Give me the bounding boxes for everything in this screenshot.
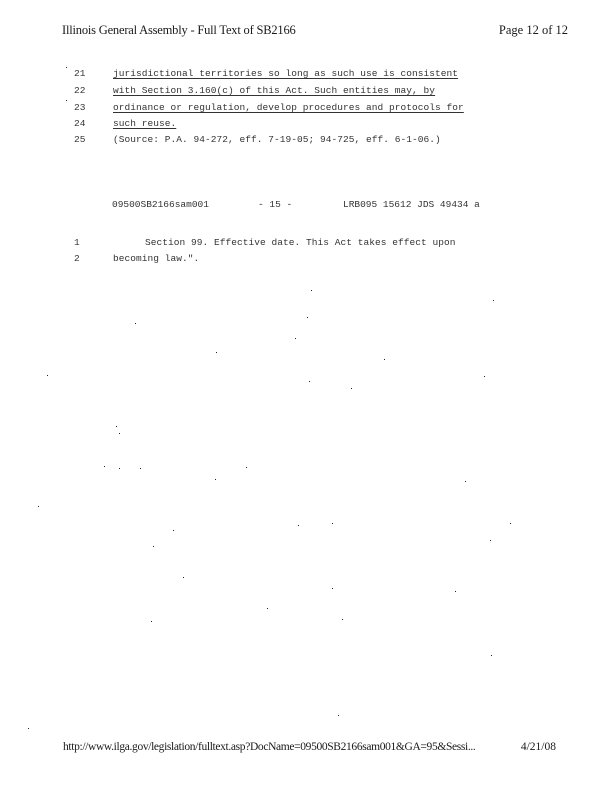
bill-line: 25 (Source: P.A. 94-272, eff. 7-19-05; 9… xyxy=(0,134,606,148)
document-id: 09500SB2166sam001 xyxy=(112,199,209,210)
scan-speck xyxy=(183,577,184,578)
scan-speck xyxy=(384,359,385,360)
bill-line: 2 becoming law.". xyxy=(0,253,606,267)
scan-speck xyxy=(215,479,216,480)
scan-speck xyxy=(465,481,466,482)
scan-speck xyxy=(307,317,308,318)
scan-speck xyxy=(246,467,247,468)
scan-speck xyxy=(455,591,456,592)
line-text: becoming law.". xyxy=(113,253,199,264)
scan-speck xyxy=(66,67,67,68)
line-text: such reuse. xyxy=(113,118,176,129)
scan-speck xyxy=(119,433,120,434)
line-text: ordinance or regulation, develop procedu… xyxy=(113,102,464,113)
line-text: jurisdictional territories so long as su… xyxy=(113,68,458,79)
scan-speck xyxy=(28,728,29,729)
print-date: 4/21/08 xyxy=(521,741,556,753)
bill-line: 23 ordinance or regulation, develop proc… xyxy=(0,102,606,116)
page-header: Illinois General Assembly - Full Text of… xyxy=(62,23,568,41)
scan-speck xyxy=(135,323,136,324)
scan-speck xyxy=(151,621,152,622)
scan-speck xyxy=(493,300,494,301)
source-citation: (Source: P.A. 94-272, eff. 7-19-05; 94-7… xyxy=(113,134,441,145)
bill-line: 1 Section 99. Effective date. This Act t… xyxy=(0,237,606,251)
scan-speck xyxy=(338,715,339,716)
page-indicator: Page 12 of 12 xyxy=(499,23,568,38)
lrb-reference: LRB095 15612 JDS 49434 a xyxy=(343,199,480,210)
scan-speck xyxy=(491,655,492,656)
scan-speck xyxy=(119,468,120,469)
scan-speck xyxy=(216,352,217,353)
scan-speck xyxy=(332,588,333,589)
scan-speck xyxy=(47,375,48,376)
line-number: 21 xyxy=(74,68,96,79)
scan-speck xyxy=(173,530,174,531)
scan-speck xyxy=(104,466,105,467)
bill-line: 22 with Section 3.160(c) of this Act. Su… xyxy=(0,85,606,99)
line-number: 25 xyxy=(74,134,96,145)
scan-speck xyxy=(153,546,154,547)
scan-speck xyxy=(311,290,312,291)
line-text: with Section 3.160(c) of this Act. Such … xyxy=(113,85,435,96)
line-number: 24 xyxy=(74,118,96,129)
scan-speck xyxy=(490,540,491,541)
scan-speck xyxy=(332,523,333,524)
page-number-marker: - 15 - xyxy=(258,199,292,210)
scan-speck xyxy=(298,525,299,526)
line-number: 23 xyxy=(74,102,96,113)
scan-speck xyxy=(484,376,485,377)
page-footer: http://www.ilga.gov/legislation/fulltext… xyxy=(63,741,556,757)
scan-speck xyxy=(510,523,511,524)
scan-speck xyxy=(342,619,343,620)
source-url[interactable]: http://www.ilga.gov/legislation/fulltext… xyxy=(63,741,475,753)
scan-speck xyxy=(66,100,67,101)
scan-speck xyxy=(295,338,296,339)
line-text: Section 99. Effective date. This Act tak… xyxy=(145,237,456,248)
line-number: 22 xyxy=(74,85,96,96)
line-number: 2 xyxy=(74,253,96,264)
line-number: 1 xyxy=(74,237,96,248)
bill-line: 24 such reuse. xyxy=(0,118,606,132)
scan-speck xyxy=(140,468,141,469)
page-marker-row: 09500SB2166sam001 - 15 - LRB095 15612 JD… xyxy=(0,199,606,213)
scan-speck xyxy=(267,608,268,609)
bill-line: 21 jurisdictional territories so long as… xyxy=(0,68,606,82)
scan-speck xyxy=(351,388,352,389)
scan-speck xyxy=(309,381,310,382)
scan-speck xyxy=(116,426,117,427)
document-title: Illinois General Assembly - Full Text of… xyxy=(62,23,296,38)
scan-speck xyxy=(38,506,39,507)
